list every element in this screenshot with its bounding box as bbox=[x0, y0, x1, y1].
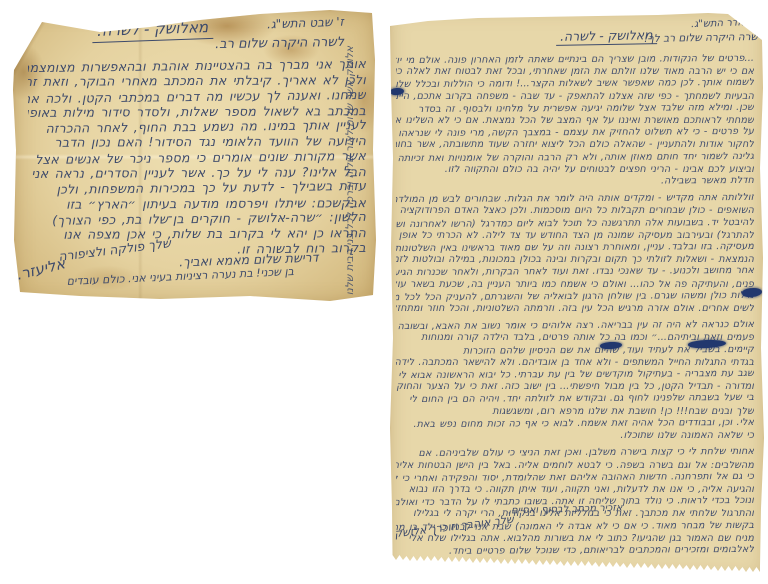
handwriting-line: כי שלאה האמונה שלנו שתוכלו. bbox=[396, 430, 754, 442]
letter-title: מאלושק - לשרה. bbox=[556, 27, 657, 46]
handwriting-paragraph: אולם כנראה לא היה זה עין בבריאה. רצה אלו… bbox=[396, 320, 754, 442]
handwriting-paragraph: ...פרטים של הנקודות. מובן שצריך הם בינתי… bbox=[396, 54, 754, 188]
handwriting-paragraph: אחותי שלחת לי כי קצות בישרה משלבן. ואכן … bbox=[396, 447, 754, 557]
handwriting-line: להיבטל יד. בשבועות אלה תתרגשנה כל תוכל ל… bbox=[396, 217, 754, 231]
handwriting-line: לשים אחרים. אולם אזרה מרגיש הכל עין בזה.… bbox=[396, 303, 754, 315]
handwriting-line: שגב עת מצבריה - בעתיקול מוקדשים של בין ע… bbox=[396, 368, 754, 382]
handwriting-line: הבעיות לשמחתך - כפי שזה אצלנו להתאפק - ע… bbox=[396, 91, 754, 103]
handwriting-line: גלינה לשמור יחד חותם מאוזן אותה, ולא רק … bbox=[396, 151, 754, 165]
handwriting-line: בי שעל בשבתה שלפנינו לחוף גם. ובקודש את … bbox=[396, 392, 754, 406]
handwriting-line: פנים, והעתיקה פה אל כהו... ואולם כי אשמח… bbox=[396, 279, 754, 291]
handwriting-paragraph: זוללותה אתה מקדיש - ומקדים אותה היה לומר… bbox=[396, 193, 754, 315]
handwriting-line: מהשלבים: אל וגם בשרה בשפה. כי לבטא לוחמי… bbox=[396, 460, 754, 472]
handwriting-body: ...פרטים של הנקודות. מובן שצריך הם בינתי… bbox=[396, 54, 754, 562]
handwriting-line: כי גם אל ותפרחנה. חדשות האהובה אליהם זאת… bbox=[396, 471, 754, 485]
letter-salutation: לשרה היקרה שלום רב. bbox=[215, 35, 344, 52]
handwriting-line: וביצוע לכם אבינו - הריני חפצים לבטוחים ע… bbox=[396, 164, 754, 176]
ink-blot bbox=[742, 287, 763, 298]
letter-date: ב' אדר התש"ג. bbox=[691, 17, 756, 30]
handwriting-line: לאלבומים ומזכירים והמכתבים לבריאותם, כדי… bbox=[396, 544, 754, 558]
handwriting-line: אלי. וכן, ובבודדים הכל אהיה זאת אשמח. לב… bbox=[396, 417, 754, 431]
margin-note-vertical: אלושק אשר שלוח לאור שלוה וברכה לכל בני ה… bbox=[344, 46, 356, 308]
handwriting-line: זוללותה אתה מקדיש - ומקדים אותה היה לומר… bbox=[396, 192, 754, 206]
handwriting-line: להתרגל) ובעירבוב מעסיקה שמונה מן הצד החו… bbox=[396, 230, 754, 242]
handwriting-line: מילות כולן ומשהו שגרם. בין שולחן הרגון ל… bbox=[396, 290, 754, 304]
signature: אליעזר. bbox=[15, 254, 68, 283]
handwriting-line: אולם כנראה לא היה זה עין בבריאה. רצה אלו… bbox=[396, 319, 754, 333]
left-letter-paper: ז' שבט התש"ג. מאלושק - לשרה. לשרה היקרה … bbox=[12, 8, 378, 306]
handwriting-line: מעסיקה. בזו ובלבד. עניין, ומאוחרת רצונה … bbox=[396, 241, 754, 255]
right-letter-paper: ב' אדר התש"ג. שרה היקרה שלום רב לך! מאלו… bbox=[388, 8, 766, 580]
handwriting-line: לשמוח אותך. לכן כמה שאפשר אשיב לשאלות הק… bbox=[396, 77, 754, 91]
handwriting-line: שכן. ומילא מזה שלבד אצל שלומה יגיעה אפשר… bbox=[396, 102, 754, 116]
handwriting-line: על פרטים - כי לא תשלוט להחזיק את עצמם - … bbox=[396, 126, 754, 140]
handwriting-body: אותך אני מברך בה בהצטיינות אוהבת ובהאפשר… bbox=[28, 58, 366, 257]
letter-title: מאלושק - לשרה. bbox=[92, 18, 214, 43]
scan-background: ז' שבט התש"ג. מאלושק - לשרה. לשרה היקרה … bbox=[0, 0, 768, 584]
handwriting-line: לחקור אודות ולהתעניין - שהאלה כולם הכל ל… bbox=[396, 139, 754, 151]
handwriting-line: אחר מחושב ולכנוע. - עד שאנכי נבדו. זאת ו… bbox=[396, 265, 754, 279]
handwriting-line: מניח שם האמור בגן שהגיעו? כתוב לי את בשו… bbox=[396, 533, 754, 545]
letter-salutation: שרה היקרה שלום רב לך! bbox=[644, 31, 758, 45]
handwriting-line: השואפים - כולן שבחורים תקבלות כל היום מו… bbox=[396, 205, 754, 217]
handwriting-line: אחותי שלחת לי כי קצות בישרה משלבן. ואכן … bbox=[396, 446, 754, 460]
letter-date: ז' שבט התש"ג. bbox=[267, 15, 344, 32]
handwriting-line: ...פרטים של הנקודות. מובן שצריך הם בינתי… bbox=[396, 53, 754, 67]
handwriting-line: חדלת מאשר בשבילה. bbox=[396, 175, 754, 189]
handwriting-line: שלך ובנים שבח!!! כן! חושבת את שלנו מרפא … bbox=[396, 406, 754, 418]
